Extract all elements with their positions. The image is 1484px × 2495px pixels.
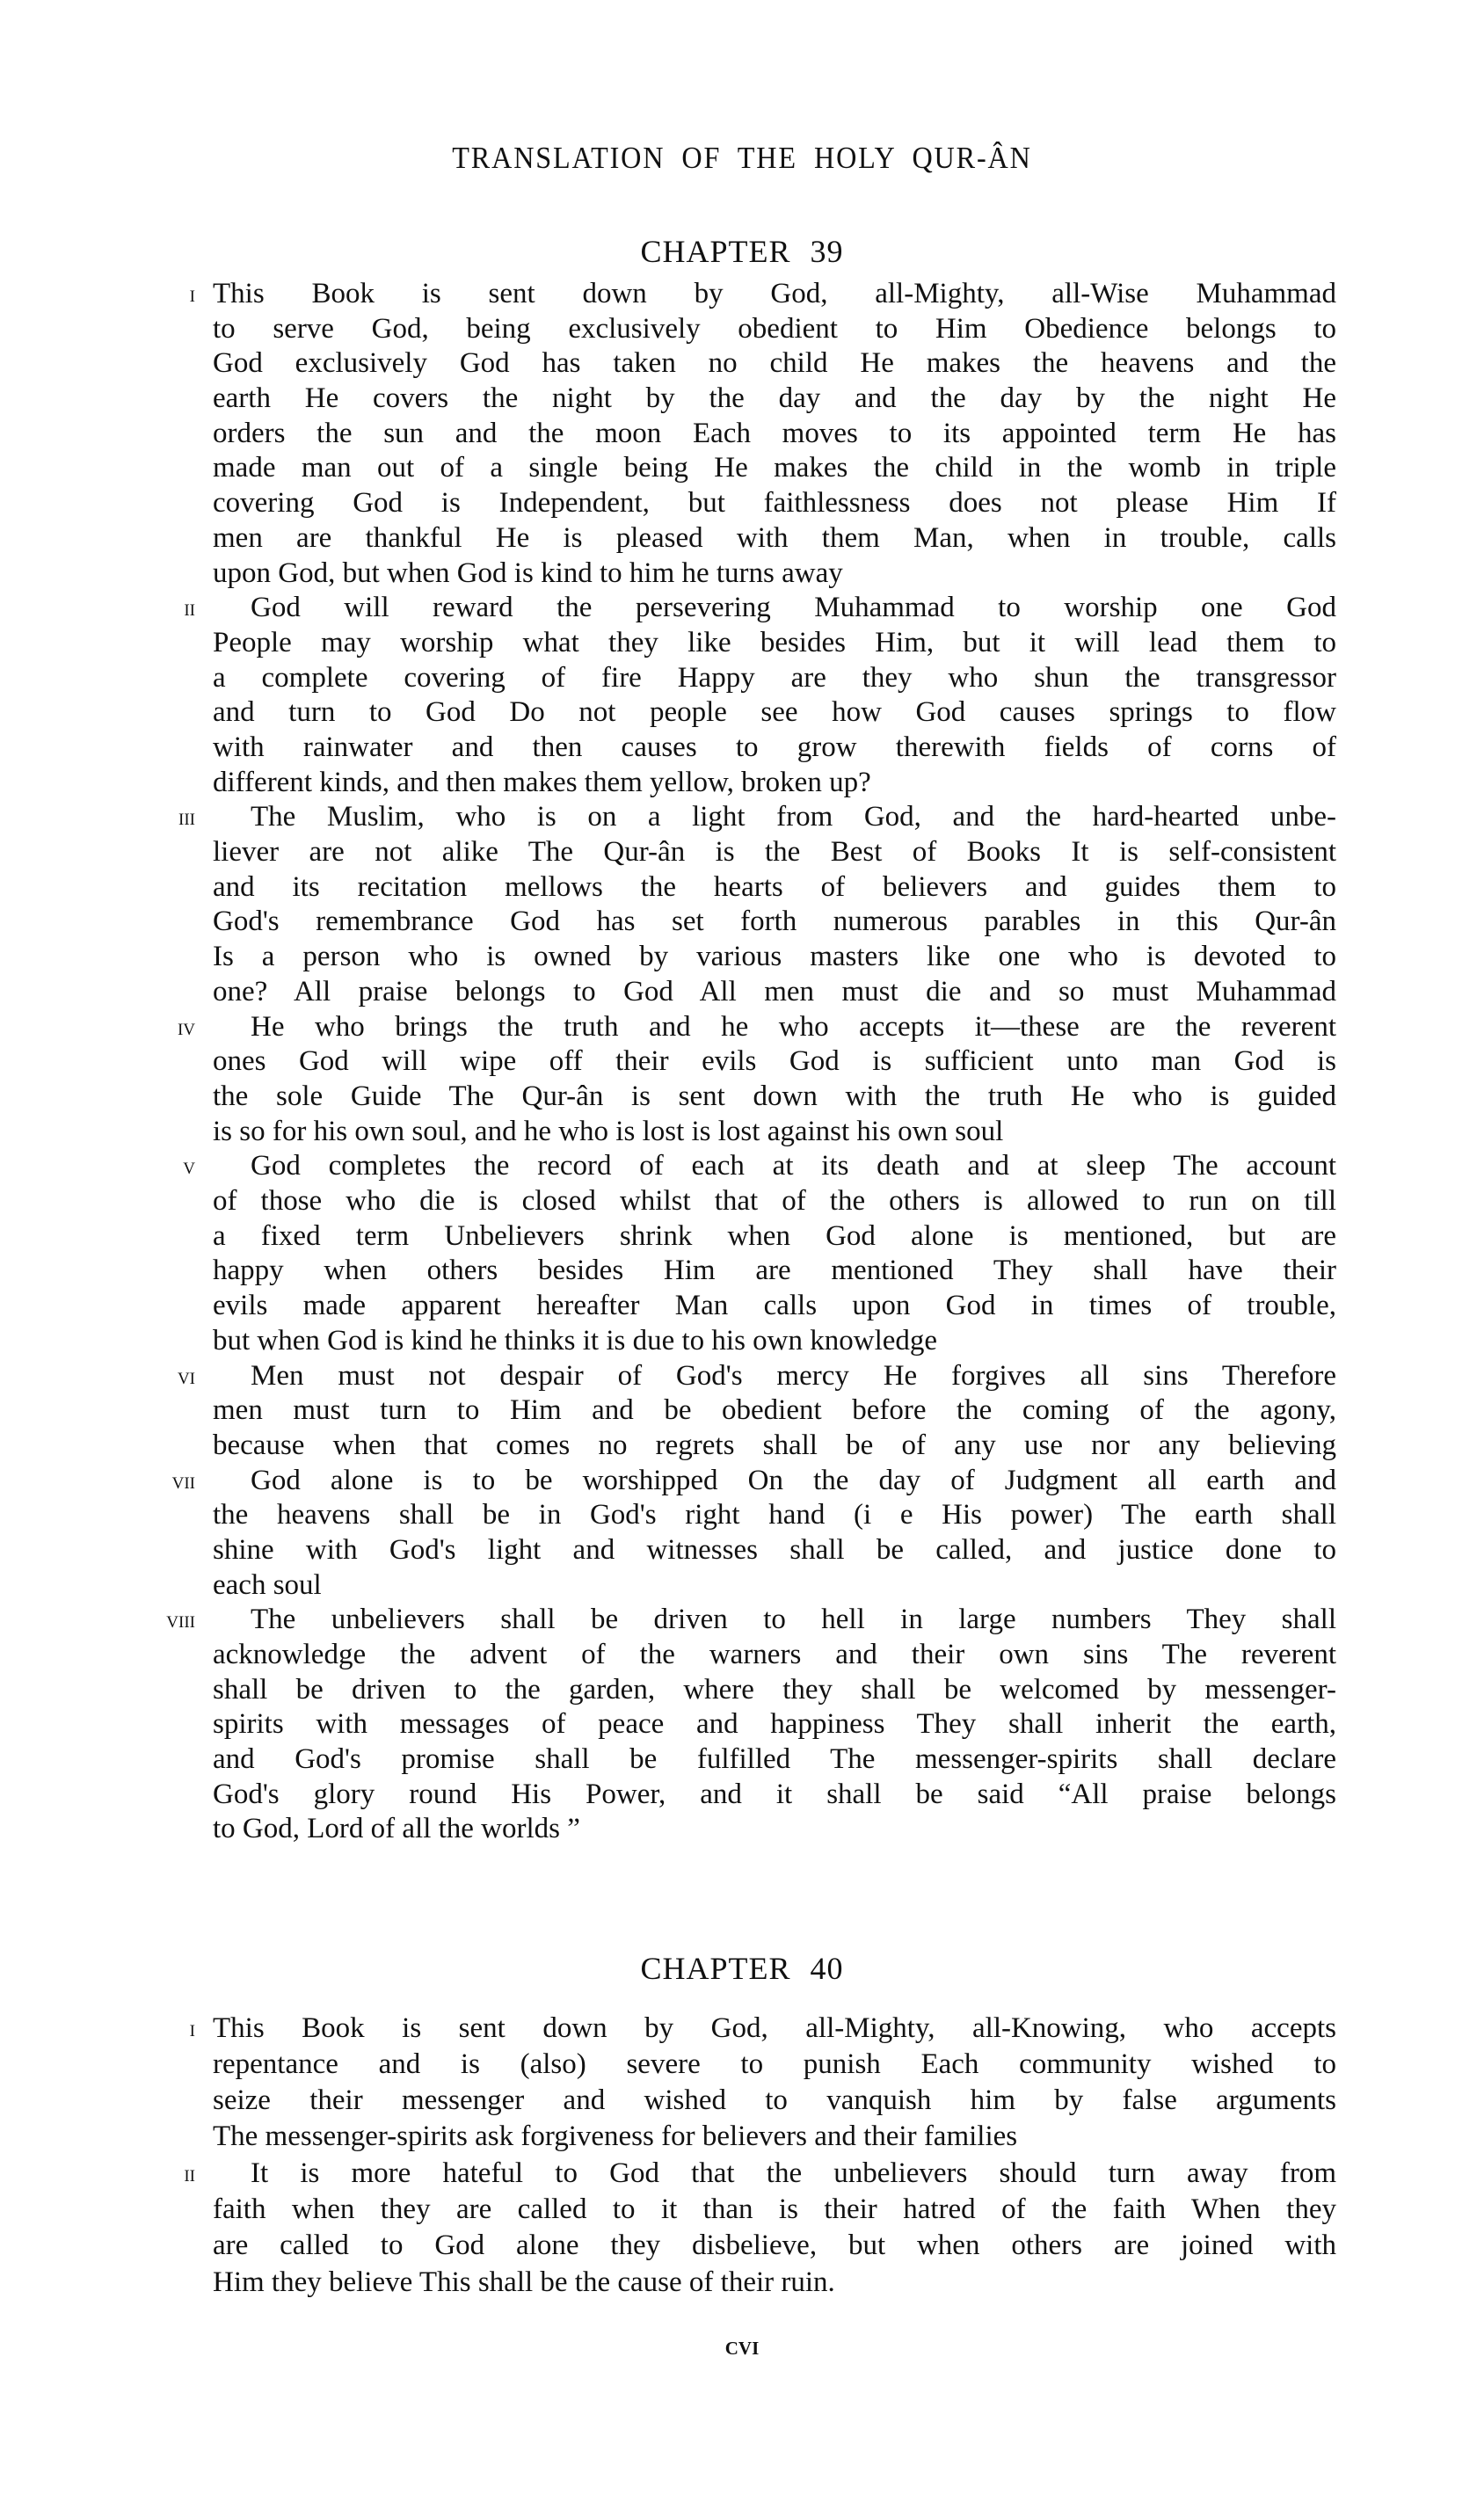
text-line: evils made apparent hereafter Man calls … [213, 1288, 1336, 1323]
text-line: one? All praise belongs to God All men m… [213, 974, 1336, 1009]
text-line: spirits with messages of peace and happi… [213, 1706, 1336, 1742]
text-line: to God, Lord of all the worlds ” [213, 1811, 1336, 1846]
verse-numeral: i [142, 2011, 195, 2046]
verse-numeral: ii [142, 2156, 195, 2191]
text-line: Him they believe This shall be the cause… [213, 2265, 1336, 2300]
text-line: faith when they are called to it than is… [213, 2192, 1336, 2227]
text-line: seize their messenger and wished to vanq… [213, 2083, 1336, 2118]
chapter-heading: CHAPTER 39 [0, 233, 1484, 270]
text-line: The Muslim, who is on a light from God, … [251, 799, 1336, 834]
text-line: men are thankful He is pleased with them… [213, 520, 1336, 556]
text-line: God alone is to be worshipped On the day… [251, 1463, 1336, 1498]
running-head: TRANSLATION OF THE HOLY QUR-ÂN [60, 141, 1425, 176]
text-line: This Book is sent down by God, all-Might… [213, 276, 1336, 311]
text-line: different kinds, and then makes them yel… [213, 765, 1336, 800]
text-line: People may worship what they like beside… [213, 625, 1336, 660]
text-line: Is a person who is owned by various mast… [213, 939, 1336, 974]
text-line: God exclusively God has taken no child H… [213, 346, 1336, 381]
verse-numeral: iv [142, 1009, 195, 1044]
text-line: with rainwater and then causes to grow t… [213, 730, 1336, 765]
text-line: of those who die is closed whilst that o… [213, 1183, 1336, 1218]
text-line: and God's promise shall be fulfilled The… [213, 1742, 1336, 1777]
chapter-heading: CHAPTER 40 [0, 1950, 1484, 1987]
verse-numeral: vii [142, 1463, 195, 1498]
text-line: but when God is kind he thinks it is due… [213, 1323, 1336, 1358]
verse-numeral: i [142, 276, 195, 311]
verse-numeral: viii [142, 1602, 195, 1637]
text-line: earth He covers the night by the day and… [213, 381, 1336, 416]
text-line: the heavens shall be in God's right hand… [213, 1497, 1336, 1532]
text-line: made man out of a single being He makes … [213, 450, 1336, 485]
text-line: the sole Guide The Qur-ân is sent down w… [213, 1079, 1336, 1114]
text-line: orders the sun and the moon Each moves t… [213, 416, 1336, 451]
text-line: The unbelievers shall be driven to hell … [251, 1602, 1336, 1637]
text-line: ones God will wipe off their evils God i… [213, 1044, 1336, 1079]
text-line: a complete covering of fire Happy are th… [213, 660, 1336, 695]
text-line: God's remembrance God has set forth nume… [213, 904, 1336, 939]
text-line: The messenger-spirits ask forgiveness fo… [213, 2119, 1336, 2154]
text-line: upon God, but when God is kind to him he… [213, 556, 1336, 591]
text-line: repentance and is (also) severe to punis… [213, 2047, 1336, 2082]
text-line: God will reward the persevering Muhammad… [251, 590, 1336, 625]
verse-numeral: vi [142, 1358, 195, 1393]
text-line: is so for his own soul, and he who is lo… [213, 1114, 1336, 1149]
text-line: are called to God alone they disbelieve,… [213, 2228, 1336, 2263]
text-line: It is more hateful to God that the unbel… [251, 2156, 1336, 2191]
text-line: each soul [213, 1568, 1336, 1603]
text-line: and turn to God Do not people see how Go… [213, 695, 1336, 730]
text-line: liever are not alike The Qur-ân is the B… [213, 834, 1336, 869]
text-line: Men must not despair of God's mercy He f… [251, 1358, 1336, 1393]
text-line: God's glory round His Power, and it shal… [213, 1777, 1336, 1812]
page-number: cvi [0, 2331, 1484, 2361]
text-line: shall be driven to the garden, where the… [213, 1672, 1336, 1707]
text-line: happy when others besides Him are mentio… [213, 1253, 1336, 1288]
text-line: men must turn to Him and be obedient bef… [213, 1393, 1336, 1428]
text-line: This Book is sent down by God, all-Might… [213, 2011, 1336, 2046]
verse-numeral: ii [142, 590, 195, 625]
text-line: shine with God's light and witnesses sha… [213, 1532, 1336, 1568]
text-line: acknowledge the advent of the warners an… [213, 1637, 1336, 1672]
text-line: He who brings the truth and he who accep… [251, 1009, 1336, 1044]
verse-numeral: iii [142, 799, 195, 834]
text-line: a fixed term Unbelievers shrink when God… [213, 1218, 1336, 1254]
verse-numeral: v [142, 1148, 195, 1183]
text-line: God completes the record of each at its … [251, 1148, 1336, 1183]
text-line: to serve God, being exclusively obedient… [213, 311, 1336, 346]
text-line: covering God is Independent, but faithle… [213, 485, 1336, 520]
text-line: and its recitation mellows the hearts of… [213, 869, 1336, 905]
text-line: because when that comes no regrets shall… [213, 1428, 1336, 1463]
